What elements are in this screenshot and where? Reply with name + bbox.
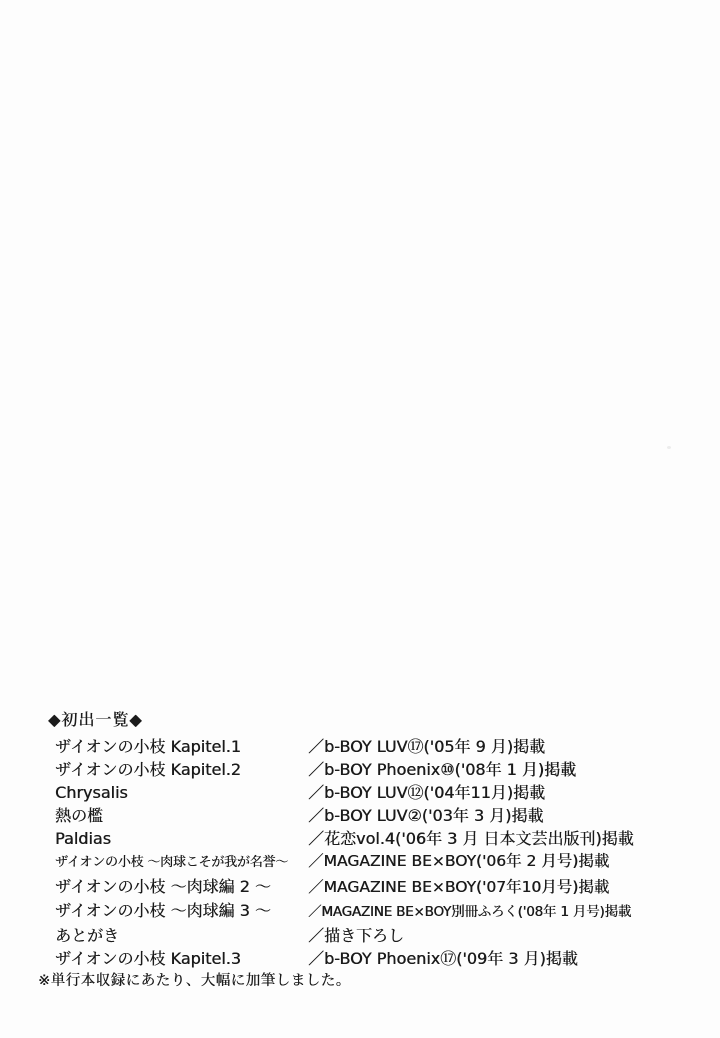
scan-speck <box>667 446 671 449</box>
credit-title: Chrysalis <box>38 781 308 804</box>
credit-row: ザイオンの小枝 Kapitel.3 ／b-BOY Phoenix⑰('09年 3… <box>38 947 704 970</box>
credit-title: ザイオンの小枝 ～肉球こそが我が名誉～ <box>38 851 308 874</box>
credits-list: ザイオンの小枝 Kapitel.1 ／b-BOY LUV⑰('05年 9 月)掲… <box>38 735 704 970</box>
credit-title: Paldias <box>38 827 308 850</box>
credit-title: ザイオンの小枝 Kapitel.3 <box>38 947 308 970</box>
credit-row: ザイオンの小枝 ～肉球こそが我が名誉～ ／MAGAZINE BE×BOY('06… <box>38 850 704 874</box>
credit-row: ザイオンの小枝 Kapitel.2 ／b-BOY Phoenix⑩('08年 1… <box>38 758 704 781</box>
credit-source: ／b-BOY Phoenix⑰('09年 3 月)掲載 <box>308 947 578 970</box>
credit-title: ザイオンの小枝 ～肉球編 3 ～ <box>38 899 308 922</box>
credit-source: ／MAGAZINE BE×BOY別冊ふろく('08年 1 月号)掲載 <box>308 901 631 924</box>
credits-block: ◆初出一覧◆ ザイオンの小枝 Kapitel.1 ／b-BOY LUV⑰('05… <box>38 707 704 993</box>
credit-title: あとがき <box>38 924 308 947</box>
credit-source: ／b-BOY LUV⑰('05年 9 月)掲載 <box>308 735 545 758</box>
credit-source: ／b-BOY LUV②('03年 3 月)掲載 <box>308 804 543 827</box>
credits-footnote: ※単行本収録にあたり、大幅に加筆しました。 <box>38 970 704 993</box>
credits-heading: ◆初出一覧◆ <box>38 707 704 732</box>
credit-source: ／b-BOY LUV⑫('04年11月)掲載 <box>308 781 545 804</box>
credit-source: ／描き下ろし <box>308 924 404 947</box>
credit-row: Paldias ／花恋vol.4('06年 3 月 日本文芸出版刊)掲載 <box>38 827 704 850</box>
credit-title: ザイオンの小枝 ～肉球編 2 ～ <box>38 875 308 898</box>
credit-row: ザイオンの小枝 ～肉球編 3 ～ ／MAGAZINE BE×BOY別冊ふろく('… <box>38 899 704 924</box>
credit-title: 熱の檻 <box>38 804 308 827</box>
credit-source: ／MAGAZINE BE×BOY('06年 2 月号)掲載 <box>308 850 609 873</box>
credit-source: ／b-BOY Phoenix⑩('08年 1 月)掲載 <box>308 758 576 781</box>
credit-title: ザイオンの小枝 Kapitel.2 <box>38 758 308 781</box>
credit-row: ザイオンの小枝 Kapitel.1 ／b-BOY LUV⑰('05年 9 月)掲… <box>38 735 704 758</box>
credit-row: Chrysalis ／b-BOY LUV⑫('04年11月)掲載 <box>38 781 704 804</box>
credit-title: ザイオンの小枝 Kapitel.1 <box>38 735 308 758</box>
credit-source: ／MAGAZINE BE×BOY('07年10月号)掲載 <box>308 876 609 899</box>
credit-row: 熱の檻 ／b-BOY LUV②('03年 3 月)掲載 <box>38 804 704 827</box>
credit-source: ／花恋vol.4('06年 3 月 日本文芸出版刊)掲載 <box>308 827 634 850</box>
credit-row: ザイオンの小枝 ～肉球編 2 ～ ／MAGAZINE BE×BOY('07年10… <box>38 875 704 899</box>
credit-row: あとがき ／描き下ろし <box>38 924 704 947</box>
scanned-page: ◆初出一覧◆ ザイオンの小枝 Kapitel.1 ／b-BOY LUV⑰('05… <box>0 0 720 1038</box>
